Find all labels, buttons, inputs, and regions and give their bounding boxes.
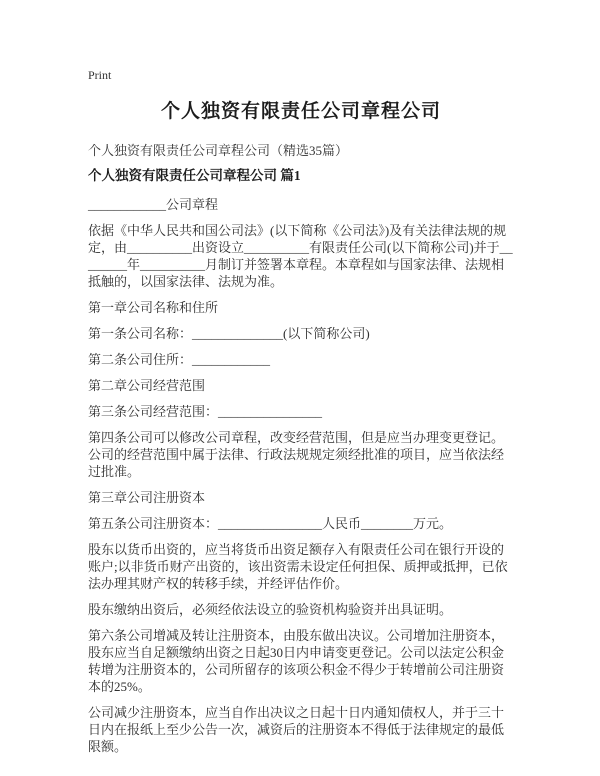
document-subtitle: 个人独资有限责任公司章程公司（精选35篇） [88,142,514,159]
charter-title-line: ____________公司章程 [88,196,514,213]
article-4-amendment: 第四条公司可以修改公司章程，改变经营范围，但是应当办理变更登记。公司的经营范围中… [88,429,514,480]
document-content: Print 个人独资有限责任公司章程公司 个人独资有限责任公司章程公司（精选35… [0,0,600,755]
article-2-company-address: 第二条公司住所：____________ [88,351,514,368]
article-3-business-scope: 第三条公司经营范围：________________ [88,403,514,420]
chapter-2-heading: 第二章公司经营范围 [88,377,514,394]
article-6-capital-change: 第六条公司增减及转让注册资本，由股东做出决议。公司增加注册资本，股东应当自足额缴… [88,627,514,695]
capital-reduction-paragraph: 公司减少注册资本，应当自作出决议之日起十日内通知债权人，并于三十日内在报纸上至少… [88,704,514,755]
capital-verification-paragraph: 股东缴纳出资后，必须经依法设立的验资机构验资并出具证明。 [88,601,514,618]
article-1-company-name: 第一条公司名称：______________(以下简称公司) [88,325,514,342]
capital-contribution-paragraph: 股东以货币出资的，应当将货币出资足额存入有限责任公司在银行开设的账户;以非货币财… [88,541,514,592]
chapter-3-heading: 第三章公司注册资本 [88,489,514,506]
document-page: Print 个人独资有限责任公司章程公司 个人独资有限责任公司章程公司（精选35… [0,0,600,776]
chapter-1-heading: 第一章公司名称和住所 [88,299,514,316]
print-link[interactable]: Print [88,68,111,82]
section-1-heading: 个人独资有限责任公司章程公司 篇1 [88,167,514,184]
document-title: 个人独资有限责任公司章程公司 [88,100,514,124]
article-5-registered-capital: 第五条公司注册资本：________________人民币________万元。 [88,515,514,532]
preamble-paragraph: 依据《中华人民共和国公司法》(以下简称《公司法》)及有关法律法规的规定，由___… [88,222,514,290]
